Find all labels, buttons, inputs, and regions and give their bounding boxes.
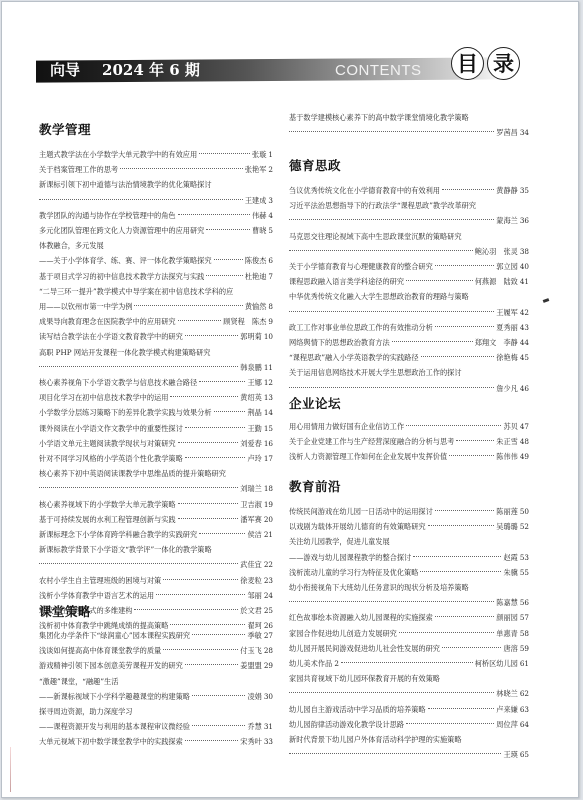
dot-leader xyxy=(449,455,494,456)
entry-page-number: 13 xyxy=(264,391,273,404)
entry-title: 浅析流动儿童的学习行为特征及优化策略 xyxy=(289,566,418,579)
toc-entry-heading: “激趣”课堂，“融趣”生活凌娟30 xyxy=(39,675,273,688)
toc-entry: 核心素养视域下的小学数学大单元教学策略卫吉淑19 xyxy=(39,498,273,511)
toc-entry: 幼儿园自主游戏活动中学习品质的培养策略卢来嫌63 xyxy=(289,703,529,716)
entry-author: 姜盟盟 xyxy=(240,659,262,672)
entry-title: 核心素养视角下小学语文教学与信息技术融合路径 xyxy=(39,376,197,389)
entry-title: 课外阅读在小学语文作文教学中的重要性探讨 xyxy=(39,422,183,435)
toc-char-mu: 目 xyxy=(451,47,484,80)
toc-entry: 集团化办学条件下“绿润童心”园本课程实践研究季敏27 xyxy=(39,629,273,642)
entry-title: 多元化团队管理在跨文化人力资源管理中的应用研究 xyxy=(39,224,204,237)
toc-entry: 习近平法治思想指导下的行政法学“课程思政”教学改革研究蒙海兰36 xyxy=(289,199,529,212)
entry-title: 大单元视域下初中数学课堂教学中的实践探索 xyxy=(39,735,183,748)
dot-leader xyxy=(39,563,238,564)
toc-entry: 以戏剧为载体开展幼儿德育的有效策略研究吴璐璐52 xyxy=(289,520,529,533)
dot-leader xyxy=(134,609,238,610)
entry-page-number: 56 xyxy=(520,596,529,609)
entry-title: 浅析小学体育教学中语言艺术的运用 xyxy=(39,589,154,602)
entry-title: 主题式教学法在小学数学大单元教学中的有效应用 xyxy=(39,148,197,161)
entry-title: 浅谈如何提高高中体育课堂教学的质量 xyxy=(39,644,161,657)
dot-leader xyxy=(289,311,494,312)
section-title: 企业论坛 xyxy=(289,394,341,412)
entry-author: 张艳军 xyxy=(245,163,267,176)
entry-subtitle: ——游戏与幼儿园课程教学的整合探讨 xyxy=(289,551,411,564)
entry-page-number: 21 xyxy=(264,528,273,541)
toc-entry: 幼儿园开展民间游戏促进幼儿社会性发展的研究唐溶59 xyxy=(289,642,529,655)
entry-page-number: 47 xyxy=(520,420,529,433)
toc-entry-continuation: 用——以钦州市第一中学为例黄愉然8 xyxy=(39,300,273,313)
entry-page-number: 53 xyxy=(520,551,529,564)
toc-entry: 核心素养下初中英语阅读课教学中思维品质的提升策略研究刘瑞兰18 xyxy=(39,467,273,480)
toc-entry: 读写结合教学法在小学语文教育教学中的研究郭明菊10 xyxy=(39,330,273,343)
toc-entry: 针对不同学习风格的小学英语个性化教学策略卢玲17 xyxy=(39,452,273,465)
dot-leader xyxy=(289,387,494,388)
dot-leader xyxy=(39,199,243,200)
toc-entry: 主题式教学法在小学数学大单元教学中的有效应用张璇1 xyxy=(39,148,273,161)
entry-page-number: 29 xyxy=(264,659,273,672)
entry-title: 成果导向教育理念在医院教学中的应用研究 xyxy=(39,315,176,328)
entry-title: 幼儿园开展民间游戏促进幼儿社会性发展的研究 xyxy=(289,642,440,655)
entry-page-number: 23 xyxy=(264,574,273,587)
toc-entry: 课外阅读在小学语文作文教学中的重要性探讨王勤15 xyxy=(39,422,273,435)
toc-entry: 基于可持续发展的水利工程管理创新与实践潘军赛20 xyxy=(39,513,273,526)
toc-entry-continuation: ——新课标视域下小学科学趣趣课堂的构建策略凌娟30 xyxy=(39,690,273,703)
section-title: 课堂策略 xyxy=(39,602,91,620)
dot-leader xyxy=(156,594,245,595)
entry-title: 集团化办学条件下“绿润童心”园本课程实践研究 xyxy=(39,629,190,642)
entry-author: 杜艳迪 xyxy=(245,270,267,283)
toc-entry: “课程思政”融入小学英语教学的实践路径徐艳梅45 xyxy=(289,351,529,364)
entry-page-number: 42 xyxy=(520,306,529,319)
dot-leader xyxy=(192,725,246,726)
toc-entry: 基于数学建模核心素养下的高中数学课堂情境化教学策略罗茜昌34 xyxy=(289,111,529,124)
entry-page-number: 22 xyxy=(264,558,273,571)
entry-page-number: 5 xyxy=(268,224,273,237)
entry-author: 邹丽 xyxy=(247,589,261,602)
toc-entry: 刍议优秀传统文化在小学德育教育中的有效利用黄静静35 xyxy=(289,184,529,197)
entry-author: 朱正雪 xyxy=(496,435,518,448)
entry-author: 陈丽莲 xyxy=(496,505,518,518)
dot-leader xyxy=(206,275,243,276)
entry-page-number: 62 xyxy=(520,687,529,700)
entry-author: 季敏 xyxy=(247,629,261,642)
entry-title: 高职 PHP 网站开发课程一体化教学模式构建策略研究 xyxy=(39,346,210,359)
entry-page-number: 28 xyxy=(264,644,273,657)
dot-leader xyxy=(214,259,243,260)
entry-title: 家园共育视域下幼儿园环保教育开展的有效策略 xyxy=(289,672,440,685)
entry-page-number: 45 xyxy=(520,351,529,364)
toc-entry-author-line: 高职 PHP 网站开发课程一体化教学模式构建策略研究韩泉鹏11 xyxy=(39,361,273,374)
entry-page-number: 10 xyxy=(264,330,273,343)
toc-entry: 成果导向教育理念在医院教学中的应用研究顾贤程 陈杰9 xyxy=(39,315,273,328)
toc-entry: 幼小衔接视角下大班幼儿任务意识的现状分析及培养策略陈嘉慧56 xyxy=(289,581,529,594)
dot-leader xyxy=(428,708,495,709)
dot-leader xyxy=(406,280,473,281)
entry-author: 伟赫 xyxy=(252,209,266,222)
entry-page-number: 35 xyxy=(520,184,529,197)
entry-page-number: 8 xyxy=(268,300,273,313)
dot-leader xyxy=(392,341,473,342)
dot-leader xyxy=(456,440,494,441)
toc-entry: 教学团队的沟通与协作在学校管理中的角色伟赫4 xyxy=(39,209,273,222)
toc-entry: 中华优秀传统文化融入大学生思想政治教育的理路与策略王履军42 xyxy=(289,290,529,303)
entry-author: 朱骥 xyxy=(503,566,517,579)
entry-page-number: 12 xyxy=(264,376,273,389)
entry-author: 刘爱春 xyxy=(240,437,262,450)
dot-leader xyxy=(289,601,494,602)
entry-page-number: 46 xyxy=(520,382,529,395)
entry-author: 吴璐璐 xyxy=(496,520,518,533)
toc-entry: 游戏精神引领下园本创意美劳课程开发的研究姜盟盟29 xyxy=(39,659,273,672)
entry-title: “课程思政”融入小学英语教学的实践路径 xyxy=(289,351,419,364)
dot-leader xyxy=(435,326,495,327)
entry-page-number: 38 xyxy=(520,245,529,258)
toc-entry-author-line: 幼小衔接视角下大班幼儿任务意识的现状分析及培养策略陈嘉慧56 xyxy=(289,596,529,609)
toc-entry: 浅析小学体育教学中语言艺术的运用邹丽24 xyxy=(39,589,273,602)
entry-page-number: 49 xyxy=(520,450,529,463)
dot-leader xyxy=(39,366,238,367)
entry-author: 曹晓 xyxy=(252,224,266,237)
entry-author: 林晓兰 xyxy=(496,687,518,700)
entry-author: 徐艳梅 xyxy=(496,351,518,364)
entry-title: 习近平法治思想指导下的行政法学“课程思政”教学改革研究 xyxy=(289,199,476,212)
toc-entry: 小学数学分层练习策略下的差异化教学实践与效果分析荆晶14 xyxy=(39,406,273,419)
dot-leader xyxy=(421,356,495,357)
entry-page-number: 34 xyxy=(520,126,529,139)
entry-page-number: 16 xyxy=(264,437,273,450)
toc-entry: 关于小学德育教育与心理健康教育的整合研究郭立园40 xyxy=(289,260,529,273)
entry-subtitle: ——关于小学体育学、练、赛、评一体化教学策略探究 xyxy=(39,254,212,267)
dot-leader xyxy=(289,692,494,693)
entry-author: 武佳宜 xyxy=(240,558,262,571)
entry-page-number: 11 xyxy=(264,361,273,374)
entry-page-number: 57 xyxy=(520,611,529,624)
entry-page-number: 18 xyxy=(264,482,273,495)
entry-title: 新课标引领下初中道德与法治情境教学的优化策略探讨 xyxy=(39,178,212,191)
entry-author: 詹少凡 xyxy=(496,382,518,395)
entry-page-number: 15 xyxy=(264,422,273,435)
toc-entry-author-line: 马克思交往理论视域下高中生思政课堂沉默的策略研究鲍沁羽 张灵38 xyxy=(289,245,529,258)
entry-page-number: 30 xyxy=(264,690,273,703)
toc-entry: 家园共育视域下幼儿园环保教育开展的有效策略林晓兰62 xyxy=(289,672,529,685)
dot-leader xyxy=(178,320,222,321)
toc-entry: 网络舆情下的思想政治教育方法郑翔文 李静44 xyxy=(289,336,529,349)
toc-entry: 课程思政融入语言类学科途径的研究何燕源 陆致41 xyxy=(289,275,529,288)
entry-title: 新课标理念下小学体育跨学科融合教学的实践研究 xyxy=(39,528,197,541)
toc-entry: 浅析流动儿童的学习行为特征及优化策略朱骥55 xyxy=(289,566,529,579)
dot-leader xyxy=(341,662,473,663)
toc-entry: 浅谈如何提高高中体育课堂教学的质量付玉飞28 xyxy=(39,644,273,657)
entry-page-number: 19 xyxy=(264,498,273,511)
entry-author: 乔慧 xyxy=(247,720,261,733)
dot-leader xyxy=(420,571,501,572)
toc-entry: 关于档案管理工作的思考张艳军2 xyxy=(39,163,273,176)
dot-leader xyxy=(442,189,494,190)
entry-author: 黄愉然 xyxy=(245,300,267,313)
toc-entry-continuation: ——关于小学体育学、练、赛、评一体化教学策略探究陈俊杰6 xyxy=(39,254,273,267)
toc-entry: 新课标教学背景下小学语文“教学评”一体化的教学策略武佳宜22 xyxy=(39,543,273,556)
toc-entry-continuation: ——游戏与幼儿园课程教学的整合探讨赵霞53 xyxy=(289,551,529,564)
entry-author: 颜丽园 xyxy=(496,611,518,624)
entry-author: 王建成 xyxy=(245,194,267,207)
toc-entry: 关于运用信息网络技术开展大学生思想政治工作的探讨詹少凡46 xyxy=(289,366,529,379)
toc-entry: 幼儿园韵律活动游戏化教学设计思路周位萍64 xyxy=(289,718,529,731)
dot-leader xyxy=(399,632,494,633)
toc-entry: 幼儿美术作品 2柯桥区幼儿园61 xyxy=(289,657,529,670)
toc-entry: 新时代背景下幼儿园户外体育活动科学护理的实施策略王瑛65 xyxy=(289,733,529,746)
entry-page-number: 43 xyxy=(520,321,529,334)
toc-entry: 红色故事绘本资源融入幼儿园课程的实施探索颜丽园57 xyxy=(289,611,529,624)
entry-title: 幼儿美术作品 2 xyxy=(289,657,339,670)
entry-author: 付玉飞 xyxy=(240,644,262,657)
entry-subtitle: ——新课标视域下小学科学趣趣课堂的构建策略 xyxy=(39,690,190,703)
toc-entry-author-line: 核心素养下初中英语阅读课教学中思维品质的提升策略研究刘瑞兰18 xyxy=(39,482,273,495)
contents-label: CONTENTS xyxy=(335,61,422,81)
entry-title: 红色故事绘本资源融入幼儿园课程的实施探索 xyxy=(289,611,433,624)
entry-title: 幼小衔接视角下大班幼儿任务意识的现状分析及培养策略 xyxy=(289,581,469,594)
dot-leader xyxy=(185,740,239,741)
entry-title: 教学团队的沟通与协作在学校管理中的角色 xyxy=(39,209,176,222)
section-title: 教育前沿 xyxy=(289,477,341,495)
dot-leader xyxy=(192,634,245,635)
entry-title: 关于档案管理工作的思考 xyxy=(39,163,118,176)
entry-page-number: 4 xyxy=(268,209,273,222)
toc-entry: 家园合作促进幼儿创造力发展研究单惠青58 xyxy=(289,627,529,640)
entry-page-number: 61 xyxy=(520,657,529,670)
entry-title: 探寻周边资源，助力深度学习 xyxy=(39,705,132,718)
entry-page-number: 59 xyxy=(520,642,529,655)
toc-entry-author-line: 新课标教学背景下小学语文“教学评”一体化的教学策略武佳宜22 xyxy=(39,558,273,571)
toc-entry: 政工工作对事业单位思政工作的有效推动分析夏秀丽43 xyxy=(289,321,529,334)
entry-title: 马克思交往理论视域下高中生思政课堂沉默的策略研究 xyxy=(289,230,462,243)
entry-page-number: 36 xyxy=(520,214,529,227)
entry-author: 卫吉淑 xyxy=(240,498,262,511)
toc-entry-author-line: 关于运用信息网络技术开展大学生思想政治工作的探讨詹少凡46 xyxy=(289,382,529,395)
toc-entry: 用心用情用力做好国有企业信访工作苏贝47 xyxy=(289,420,529,433)
dot-leader xyxy=(185,664,239,665)
dot-leader xyxy=(206,229,250,230)
entry-title: 关注幼儿园教学，促进儿童发展 xyxy=(289,535,390,548)
entry-page-number: 17 xyxy=(264,452,273,465)
dot-leader xyxy=(120,168,243,169)
dot-leader xyxy=(178,518,239,519)
toc-entry: 小学语文单元主题阅读教学现状与对策研究刘爱春16 xyxy=(39,437,273,450)
entry-subtitle: ——课程资源开发与利用的基本课程审议微经验 xyxy=(39,720,190,733)
entry-author: 王瑛 xyxy=(503,748,517,761)
section-title: 德育思政 xyxy=(289,156,341,174)
entry-page-number: 27 xyxy=(264,629,273,642)
entry-author: 黄绍英 xyxy=(240,391,262,404)
entry-title: 网络舆情下的思想政治教育方法 xyxy=(289,336,390,349)
toc-char-lu: 录 xyxy=(487,47,520,80)
dot-leader xyxy=(163,579,238,580)
dot-leader xyxy=(406,723,494,724)
toc-entry: 新课标理念下小学体育跨学科融合教学的实践研究侯洁21 xyxy=(39,528,273,541)
entry-author: 夏秀丽 xyxy=(496,321,518,334)
entry-author: 黄静静 xyxy=(496,184,518,197)
entry-page-number: 31 xyxy=(264,720,273,733)
entry-title: 体教融合，多元发展 xyxy=(39,239,104,252)
dot-leader xyxy=(185,335,239,336)
toc-entry: 核心素养视角下小学语文教学与信息技术融合路径王娜12 xyxy=(39,376,273,389)
entry-author: 周位萍 xyxy=(496,718,518,731)
toc-entry-author-line: 新课标引领下初中道德与法治情境教学的优化策略探讨王建成3 xyxy=(39,194,273,207)
toc-entry-heading: 关注幼儿园教学，促进儿童发展赵霞53 xyxy=(289,535,529,548)
entry-title: 幼儿园韵律活动游戏化教学设计思路 xyxy=(289,718,404,731)
entry-page-number: 20 xyxy=(264,513,273,526)
dot-leader xyxy=(170,396,238,397)
entry-title: 浅析人力资源管理工作如何在企业发展中发挥价值 xyxy=(289,450,447,463)
toc-entry-author-line: 新时代背景下幼儿园户外体育活动科学护理的实施策略王瑛65 xyxy=(289,748,529,761)
dot-leader xyxy=(289,250,473,251)
entry-title: 幼儿园自主游戏活动中学习品质的培养策略 xyxy=(289,703,426,716)
dot-leader xyxy=(185,427,246,428)
entry-author: 於文君 xyxy=(240,604,262,617)
entry-title: 核心素养下初中英语阅读课教学中思维品质的提升策略研究 xyxy=(39,467,226,480)
entry-title: 课程思政融入语言类学科途径的研究 xyxy=(289,275,404,288)
toc-entry-author-line: 家园共育视域下幼儿园环保教育开展的有效策略林晓兰62 xyxy=(289,687,529,700)
dot-leader xyxy=(170,624,245,625)
toc-entry: 关于企业党建工作与生产经营深度融合的分析与思考朱正雪48 xyxy=(289,435,529,448)
entry-page-number: 3 xyxy=(268,194,273,207)
dot-leader xyxy=(134,305,242,306)
entry-author: 荆晶 xyxy=(247,406,261,419)
entry-title: 项目化学习在初中信息技术教学中的运用 xyxy=(39,391,168,404)
dot-leader xyxy=(192,695,246,696)
dot-leader xyxy=(413,556,501,557)
entry-title: 小学数学分层练习策略下的差异化教学实践与效果分析 xyxy=(39,406,212,419)
toc-entry-continuation: ——课程资源开发与利用的基本课程审议微经验乔慧31 xyxy=(39,720,273,733)
entry-title: 新课标教学背景下小学语文“教学评”一体化的教学策略 xyxy=(39,543,212,556)
entry-title: “激趣”课堂，“融趣”生活 xyxy=(39,675,118,688)
toc-entry-author-line: 习近平法治思想指导下的行政法学“课程思政”教学改革研究蒙海兰36 xyxy=(289,214,529,227)
entry-author: 柯桥区幼儿园 xyxy=(475,657,518,670)
entry-author: 王勤 xyxy=(247,422,261,435)
toc-entry-author-line: 基于数学建模核心素养下的高中数学课堂情境化教学策略罗茜昌34 xyxy=(289,126,529,139)
toc-entry-heading: “二导三环一提升”教学模式中导学案在初中信息技术学科的应黄愉然8 xyxy=(39,285,273,298)
dot-leader xyxy=(435,616,495,617)
entry-author: 陈伟伟 xyxy=(496,450,518,463)
entry-page-number: 24 xyxy=(264,589,273,602)
entry-author: 鲍沁羽 张灵 xyxy=(475,245,518,258)
entry-page-number: 9 xyxy=(268,315,273,328)
dot-leader xyxy=(428,525,495,526)
entry-author: 卢玲 xyxy=(247,452,261,465)
dot-leader xyxy=(199,533,245,534)
entry-page-number: 48 xyxy=(520,435,529,448)
entry-title: 关于企业党建工作与生产经营深度融合的分析与思考 xyxy=(289,435,454,448)
entry-author: 顾贤程 陈杰 xyxy=(223,315,266,328)
entry-author: 单惠青 xyxy=(496,627,518,640)
entry-title: 读写结合教学法在小学语文教育教学中的研究 xyxy=(39,330,183,343)
toc-page: 向导2024 年 6 期 CONTENTS 目 录 教学管理主题式教学法在小学数… xyxy=(1,1,579,798)
entry-author: 陈嘉慧 xyxy=(496,596,518,609)
entry-page-number: 40 xyxy=(520,260,529,273)
entry-page-number: 55 xyxy=(520,566,529,579)
toc-entry: 高职 PHP 网站开发课程一体化教学模式构建策略研究韩泉鹏11 xyxy=(39,346,273,359)
entry-author: 陈俊杰 xyxy=(245,254,267,267)
entry-author: 郑翔文 李静 xyxy=(475,336,518,349)
journal-name: 向导 xyxy=(50,61,80,79)
entry-page-number: 65 xyxy=(520,748,529,761)
entry-subtitle: 用——以钦州市第一中学为例 xyxy=(39,300,132,313)
toc-entry: 多元化团队管理在跨文化人力资源管理中的应用研究曹晓5 xyxy=(39,224,273,237)
entry-author: 蒙海兰 xyxy=(496,214,518,227)
toc-entry: 项目化学习在初中信息技术教学中的运用黄绍英13 xyxy=(39,391,273,404)
entry-author: 郭明菊 xyxy=(240,330,262,343)
dot-leader xyxy=(214,411,246,412)
entry-author: 潘军赛 xyxy=(240,513,262,526)
entry-page-number: 41 xyxy=(520,275,529,288)
entry-author: 何燕源 陆致 xyxy=(475,275,518,288)
entry-page-number: 58 xyxy=(520,627,529,640)
entry-page-number: 1 xyxy=(268,148,273,161)
entry-title: 家园合作促进幼儿创造力发展研究 xyxy=(289,627,397,640)
entry-title: 核心素养视域下的小学数学大单元教学策略 xyxy=(39,498,176,511)
dot-leader xyxy=(178,503,239,504)
dot-leader xyxy=(289,753,501,754)
entry-title: 农村小学生自主管理班级的困境与对策 xyxy=(39,574,161,587)
dot-leader xyxy=(39,487,238,488)
page-edge-mark xyxy=(10,747,11,792)
dot-leader xyxy=(406,425,501,426)
issue-number: 2024 年 6 期 xyxy=(102,61,200,79)
entry-page-number: 6 xyxy=(268,254,273,267)
entry-author: 凌娟 xyxy=(247,690,261,703)
dot-leader xyxy=(163,649,238,650)
toc-entry: 新课标引领下初中道德与法治情境教学的优化策略探讨王建成3 xyxy=(39,178,273,191)
dot-leader xyxy=(199,153,250,154)
margin-mark xyxy=(543,298,550,303)
entry-page-number: 2 xyxy=(268,163,273,176)
dot-leader xyxy=(178,214,250,215)
entry-author: 苏贝 xyxy=(503,420,517,433)
entry-title: 针对不同学习风格的小学英语个性化教学策略 xyxy=(39,452,183,465)
dot-leader xyxy=(199,381,245,382)
entry-page-number: 63 xyxy=(520,703,529,716)
dot-leader xyxy=(185,457,246,458)
entry-title: 基于数学建模核心素养下的高中数学课堂情境化教学策略 xyxy=(289,111,469,124)
toc-entry-heading: 体教融合，多元发展陈俊杰6 xyxy=(39,239,273,252)
entry-author: 卢来嫌 xyxy=(496,703,518,716)
toc-entry: 农村小学生自主管理班级的困境与对策徐麦粒23 xyxy=(39,574,273,587)
entry-author: 郭立园 xyxy=(496,260,518,273)
entry-title: 用心用情用力做好国有企业信访工作 xyxy=(289,420,404,433)
entry-title: 政工工作对事业单位思政工作的有效推动分析 xyxy=(289,321,433,334)
entry-title: 中华优秀传统文化融入大学生思想政治教育的理路与策略 xyxy=(289,290,469,303)
entry-title: 小学语文单元主题阅读教学现状与对策研究 xyxy=(39,437,176,450)
dot-leader xyxy=(289,131,494,132)
toc-entry-heading: 探寻周边资源，助力深度学习乔慧31 xyxy=(39,705,273,718)
entry-author: 韩泉鹏 xyxy=(240,361,262,374)
entry-author: 唐溶 xyxy=(503,642,517,655)
entry-title: “二导三环一提升”教学模式中导学案在初中信息技术学科的应 xyxy=(39,285,233,298)
entry-author: 宋秀叶 xyxy=(240,735,262,748)
entry-author: 王娜 xyxy=(247,376,261,389)
entry-title: 游戏精神引领下园本创意美劳课程开发的研究 xyxy=(39,659,183,672)
entry-author: 张璇 xyxy=(252,148,266,161)
entry-author: 刘瑞兰 xyxy=(240,482,262,495)
entry-author: 徐麦粒 xyxy=(240,574,262,587)
entry-title: 基于项目式学习的初中信息技术教学方法探究与实践 xyxy=(39,270,204,283)
toc-entry: 传统民间游戏在幼儿园一日活动中的运用探讨陈丽莲50 xyxy=(289,505,529,518)
entry-page-number: 7 xyxy=(268,270,273,283)
toc-entry: 基于项目式学习的初中信息技术教学方法探究与实践杜艳迪7 xyxy=(39,270,273,283)
entry-page-number: 14 xyxy=(264,406,273,419)
entry-page-number: 25 xyxy=(264,604,273,617)
toc-entry: 浅析人力资源管理工作如何在企业发展中发挥价值陈伟伟49 xyxy=(289,450,529,463)
dot-leader xyxy=(289,219,494,220)
